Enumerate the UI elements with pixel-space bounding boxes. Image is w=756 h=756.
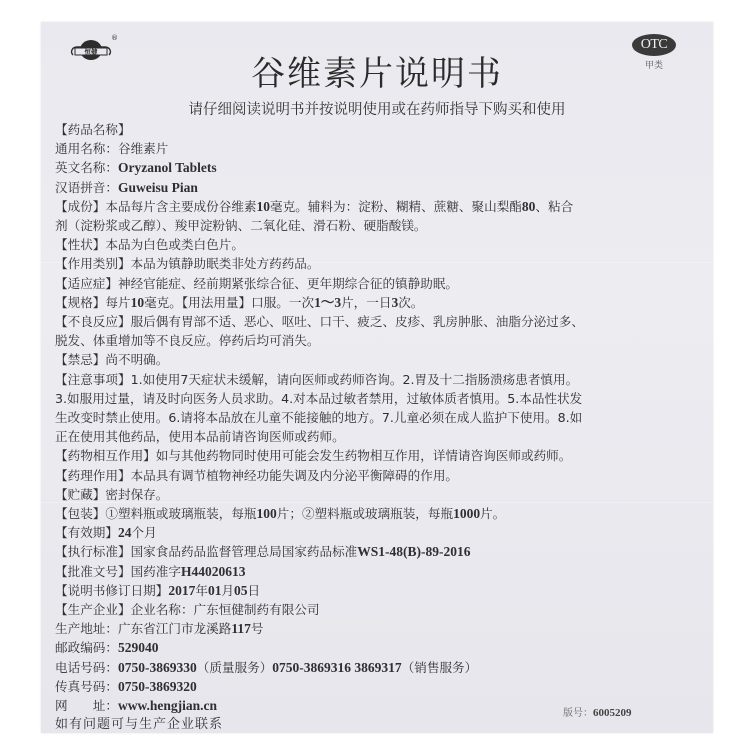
pinyin-row: 汉语拼音：Guweisu Pian [55, 178, 705, 197]
indications-section: 【适应症】神经官能症、经前期紧张综合征、更年期综合征的镇静助眠。 [55, 274, 705, 293]
spec-dosage-row: 【规格】每片10毫克。【用法用量】口服。一次1～3片，一日3次。 [55, 293, 705, 312]
storage-section: 【贮藏】密封保存。 [55, 485, 705, 504]
website-link[interactable]: www.hengjian.cn [118, 698, 217, 713]
contraindications-section: 【禁忌】尚不明确。 [55, 350, 705, 369]
leaflet-paper: 恒健 ® OTC 甲类 谷维素片说明书 请仔细阅读说明书并按说明使用或在药师指导… [41, 22, 713, 733]
manufacturer-section: 【生产企业】企业名称：广东恒健制药有限公司 [55, 600, 705, 619]
fax-row: 传真号码：0750-3869320 [55, 677, 705, 696]
precautions-cont-2: 生改变时禁止使用。6.请将本品放在儿童不能接触的地方。7.儿童必须在成人监护下使… [55, 408, 705, 427]
precautions-cont-1: 3.如服用过量，请及时向医务人员求助。4.对本品过敏者禁用，过敏体质者慎用。5.… [55, 389, 705, 408]
registered-mark: ® [111, 34, 118, 42]
standard-section: 【执行标准】国家食品药品监督管理总局国家药品标准WS1-48(B)-89-201… [55, 542, 705, 561]
description-section: 【性状】本品为白色或类白色片。 [55, 235, 705, 254]
composition-section-cont: 剂（淀粉浆或乙醇）、羧甲淀粉钠、二氧化硅、滑石粉、硬脂酸镁。 [55, 216, 705, 235]
precautions-section: 【注意事项】1.如使用7天症状未缓解，请向医师或药师咨询。2.胃及十二指肠溃疡患… [55, 370, 705, 389]
phone-row: 电话号码：0750-3869330（质量服务）0750-3869316 3869… [55, 658, 705, 677]
category-section: 【作用类别】本品为镇静助眠类非处方药药品。 [55, 254, 705, 273]
adverse-reactions-section: 【不良反应】服后偶有胃部不适、恶心、呕吐、口干、疲乏、皮疹、乳房肿胀、油脂分泌过… [55, 312, 705, 331]
english-name-row: 英文名称：Oryzanol Tablets [55, 158, 705, 177]
address-row: 生产地址：广东省江门市龙溪路117号 [55, 619, 705, 638]
approval-section: 【批准文号】国药准字H44020613 [55, 562, 705, 581]
shelf-life-section: 【有效期】24个月 [55, 523, 705, 542]
document-title: 谷维素片说明书 [41, 46, 713, 95]
pharmacology-section: 【药理作用】本品具有调节植物神经功能失调及内分泌平衡障碍的作用。 [55, 466, 705, 485]
adverse-reactions-cont: 脱发、体重增加等不良反应。停药后均可消失。 [55, 331, 705, 350]
postcode-row: 邮政编码：529040 [55, 638, 705, 657]
generic-name-row: 通用名称：谷维素片 [55, 139, 705, 158]
leaflet-body: 【药品名称】 通用名称：谷维素片 英文名称：Oryzanol Tablets 汉… [55, 120, 705, 735]
document-subtitle: 请仔细阅读说明书并按说明使用或在药师指导下购买和使用 [41, 98, 713, 119]
interactions-section: 【药物相互作用】如与其他药物同时使用可能会发生药物相互作用，详情请咨询医师或药师… [55, 446, 705, 465]
composition-section: 【成份】本品每片含主要成份谷维素10毫克。辅料为：淀粉、糊精、蔗糖、聚山梨酯80… [55, 197, 705, 216]
revision-date-section: 【说明书修订日期】2017年01月05日 [55, 581, 705, 600]
version-number: 版号：6005209 [563, 704, 632, 719]
precautions-cont-3: 正在使用其他药品，使用本品前请咨询医师或药师。 [55, 427, 705, 446]
drug-name-header: 【药品名称】 [55, 120, 705, 139]
packaging-section: 【包装】①塑料瓶或玻璃瓶装，每瓶100片；②塑料瓶或玻璃瓶装，每瓶1000片。 [55, 504, 705, 523]
